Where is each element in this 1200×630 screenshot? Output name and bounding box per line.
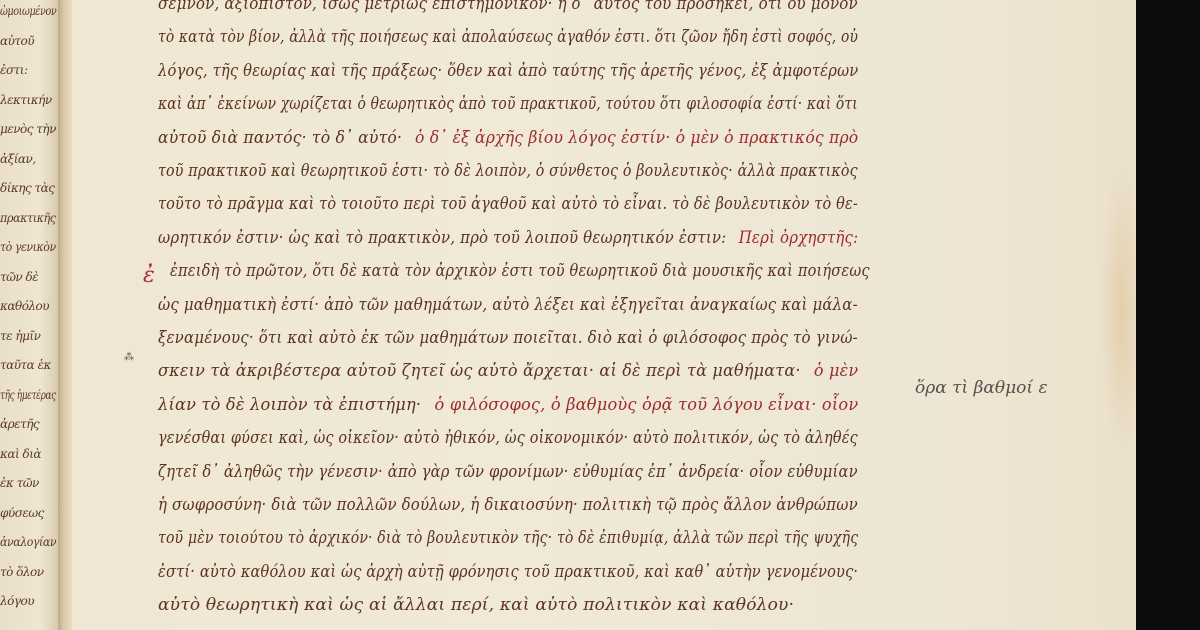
line-text: αὐτὸ θεωρητικὴ καὶ ὡς αἱ ἄλλαι περί, καὶ… bbox=[158, 595, 794, 615]
line-text: τὸ κατὰ τὸν βίον, ἀλλὰ τῆς ποιήσεως καὶ … bbox=[158, 27, 858, 47]
manuscript-line: ἐστί· αὐτὸ καθόλου καὶ ὡς ἀρχὴ αὐτῇ φρόν… bbox=[158, 562, 858, 582]
left-page-line: φύσεως bbox=[0, 506, 44, 520]
manuscript-line: τοῦ μὲν τοιούτου τὸ ἀρχικόν· διὰ τὸ βουλ… bbox=[158, 528, 858, 548]
manuscript-line: ἐπειδὴ τὸ πρῶτον, ὅτι δὲ κατὰ τὸν ἀρχικὸ… bbox=[170, 261, 870, 281]
left-page-line: καὶ διὰ bbox=[0, 447, 41, 461]
rubric-initial: ἐ bbox=[143, 263, 155, 288]
left-page-line: καθόλου bbox=[0, 299, 49, 313]
left-page-line: αὐτοῦ bbox=[0, 34, 34, 48]
line-text: λόγος, τῆς θεωρίας καὶ τῆς πράξεως· ὅθεν… bbox=[158, 61, 858, 81]
rubric-text: ὁ μὲν bbox=[814, 361, 858, 381]
line-text: γενέσθαι φύσει καὶ, ὡς οἰκεῖον· αὐτὸ ἠθι… bbox=[158, 428, 858, 448]
manuscript-line: ξεναμένους· ὅτι καὶ αὐτὸ ἐκ τῶν μαθημάτω… bbox=[158, 328, 858, 348]
left-page-line: ὡμοιωμένον bbox=[0, 4, 56, 18]
book-gutter bbox=[58, 0, 72, 630]
left-page-line: τῶν δὲ bbox=[0, 270, 38, 284]
line-text: ὡς μαθηματικὴ ἐστί· ἀπὸ τῶν μαθημάτων, α… bbox=[158, 295, 858, 315]
dark-background bbox=[1136, 0, 1200, 630]
line-text: ζητεῖ δ᾽ ἀληθῶς τὴν γένεσιν· ἀπὸ γὰρ τῶν… bbox=[158, 462, 858, 482]
manuscript-line: τοῦ πρακτικοῦ καὶ θεωρητικοῦ ἐστι· τὸ δὲ… bbox=[158, 161, 858, 181]
left-page-line: τὸ γενικὸν bbox=[0, 240, 56, 254]
line-text: τοῦτο τὸ πρᾶγμα καὶ τὸ τοιοῦτο περὶ τοῦ … bbox=[158, 194, 858, 214]
manuscript-line: ὡς μαθηματικὴ ἐστί· ἀπὸ τῶν μαθημάτων, α… bbox=[158, 295, 858, 315]
left-page-line: τε ἡμῖν bbox=[0, 329, 40, 343]
manuscript-line: καὶ ἀπ᾽ ἐκείνων χωρίζεται ὁ θεωρητικὸς ἀ… bbox=[158, 94, 858, 114]
margin-annotation: ὅρα τὶ βαθμοί ε bbox=[915, 378, 1048, 398]
manuscript-line: αὐτοῦ διὰ παντός· τὸ δ᾽ αὐτό·ὁ δ᾽ ἐξ ἀρχ… bbox=[158, 128, 858, 148]
line-text: τοῦ μὲν τοιούτου τὸ ἀρχικόν· διὰ τὸ βουλ… bbox=[158, 528, 858, 548]
line-text: τοῦ πρακτικοῦ καὶ θεωρητικοῦ ἐστι· τὸ δὲ… bbox=[158, 161, 858, 181]
line-text: καὶ ἀπ᾽ ἐκείνων χωρίζεται ὁ θεωρητικὸς ἀ… bbox=[158, 94, 858, 114]
left-page-line: λόγου bbox=[0, 594, 34, 608]
manuscript-line: σκειν τὰ ἀκριβέστερα αὐτοῦ ζητεῖ ὡς αὐτὸ… bbox=[158, 361, 858, 381]
rubric-text: ὁ φιλόσοφος, ὁ βαθμοὺς ὁρᾷ τοῦ λόγου εἶν… bbox=[435, 395, 859, 415]
left-page-line: πρακτικῆς bbox=[0, 211, 56, 225]
line-text: λίαν τὸ δὲ λοιπὸν τὰ ἐπιστήμη· bbox=[158, 395, 421, 415]
rubric-text: Περὶ ὀρχηστῆς: bbox=[739, 228, 859, 248]
left-page-line: λεκτικήν bbox=[0, 93, 52, 107]
manuscript-line: ζητεῖ δ᾽ ἀληθῶς τὴν γένεσιν· ἀπὸ γὰρ τῶν… bbox=[158, 462, 858, 482]
line-text: ωρητικόν ἐστιν· ὡς καὶ τὸ πρακτικὸν, πρὸ… bbox=[158, 228, 726, 248]
left-page-line: ἐκ τῶν bbox=[0, 476, 39, 490]
left-page-line: δίκης τὰς bbox=[0, 181, 55, 195]
manuscript-line: ωρητικόν ἐστιν· ὡς καὶ τὸ πρακτικὸν, πρὸ… bbox=[158, 228, 858, 248]
manuscript-line: γενέσθαι φύσει καὶ, ὡς οἰκεῖον· αὐτὸ ἠθι… bbox=[158, 428, 858, 448]
line-text: ἡ σωφροσύνη· διὰ τῶν πολλῶν δούλων, ἡ δι… bbox=[158, 495, 858, 515]
manuscript-line: σεμνὸν, ἀξιόπιστον, ἴσως μετρίως ἐπιστημ… bbox=[158, 0, 858, 14]
line-text: ἐστί· αὐτὸ καθόλου καὶ ὡς ἀρχὴ αὐτῇ φρόν… bbox=[158, 562, 858, 582]
left-page-line: ἐστι: bbox=[0, 63, 28, 77]
line-text: ξεναμένους· ὅτι καὶ αὐτὸ ἐκ τῶν μαθημάτω… bbox=[158, 328, 858, 348]
left-page-line: ἀναλογίαν bbox=[0, 535, 56, 549]
manuscript-line: αὐτὸ θεωρητικὴ καὶ ὡς αἱ ἄλλαι περί, καὶ… bbox=[158, 595, 794, 615]
rubric-text: ὁ δ᾽ ἐξ ἀρχῆς βίου λόγος ἐστίν· ὁ μὲν ὁ … bbox=[415, 128, 858, 148]
left-page-line: τῆς ἡμετέρας bbox=[0, 388, 56, 402]
line-text: σεμνὸν, ἀξιόπιστον, ἴσως μετρίως ἐπιστημ… bbox=[158, 0, 858, 14]
line-text: αὐτοῦ διὰ παντός· τὸ δ᾽ αὐτό· bbox=[158, 128, 402, 148]
line-text: ἐπειδὴ τὸ πρῶτον, ὅτι δὲ κατὰ τὸν ἀρχικὸ… bbox=[170, 261, 870, 281]
left-page-line: μενὸς τὴν bbox=[0, 122, 56, 136]
line-text: σκειν τὰ ἀκριβέστερα αὐτοῦ ζητεῖ ὡς αὐτὸ… bbox=[158, 361, 801, 381]
left-page-line: ἀξίαν, bbox=[0, 152, 36, 166]
left-page-line: ταῦτα ἑκ bbox=[0, 358, 51, 372]
manuscript-line: λόγος, τῆς θεωρίας καὶ τῆς πράξεως· ὅθεν… bbox=[158, 61, 858, 81]
left-facing-page: ὡμοιωμένοναὐτοῦἐστι:λεκτικήνμενὸς τὴνἀξί… bbox=[0, 0, 58, 630]
left-page-line: τὸ ὅλον bbox=[0, 565, 44, 579]
manuscript-line: λίαν τὸ δὲ λοιπὸν τὰ ἐπιστήμη·ὁ φιλόσοφο… bbox=[158, 395, 858, 415]
margin-mark-icon: ⁂ bbox=[124, 352, 134, 363]
manuscript-line: τοῦτο τὸ πρᾶγμα καὶ τὸ τοιοῦτο περὶ τοῦ … bbox=[158, 194, 858, 214]
page-edge-foxing bbox=[1100, 160, 1136, 460]
manuscript-line: τὸ κατὰ τὸν βίον, ἀλλὰ τῆς ποιήσεως καὶ … bbox=[158, 27, 858, 47]
left-page-line: ἀρετῆς bbox=[0, 417, 39, 431]
manuscript-line: ἡ σωφροσύνη· διὰ τῶν πολλῶν δούλων, ἡ δι… bbox=[158, 495, 858, 515]
